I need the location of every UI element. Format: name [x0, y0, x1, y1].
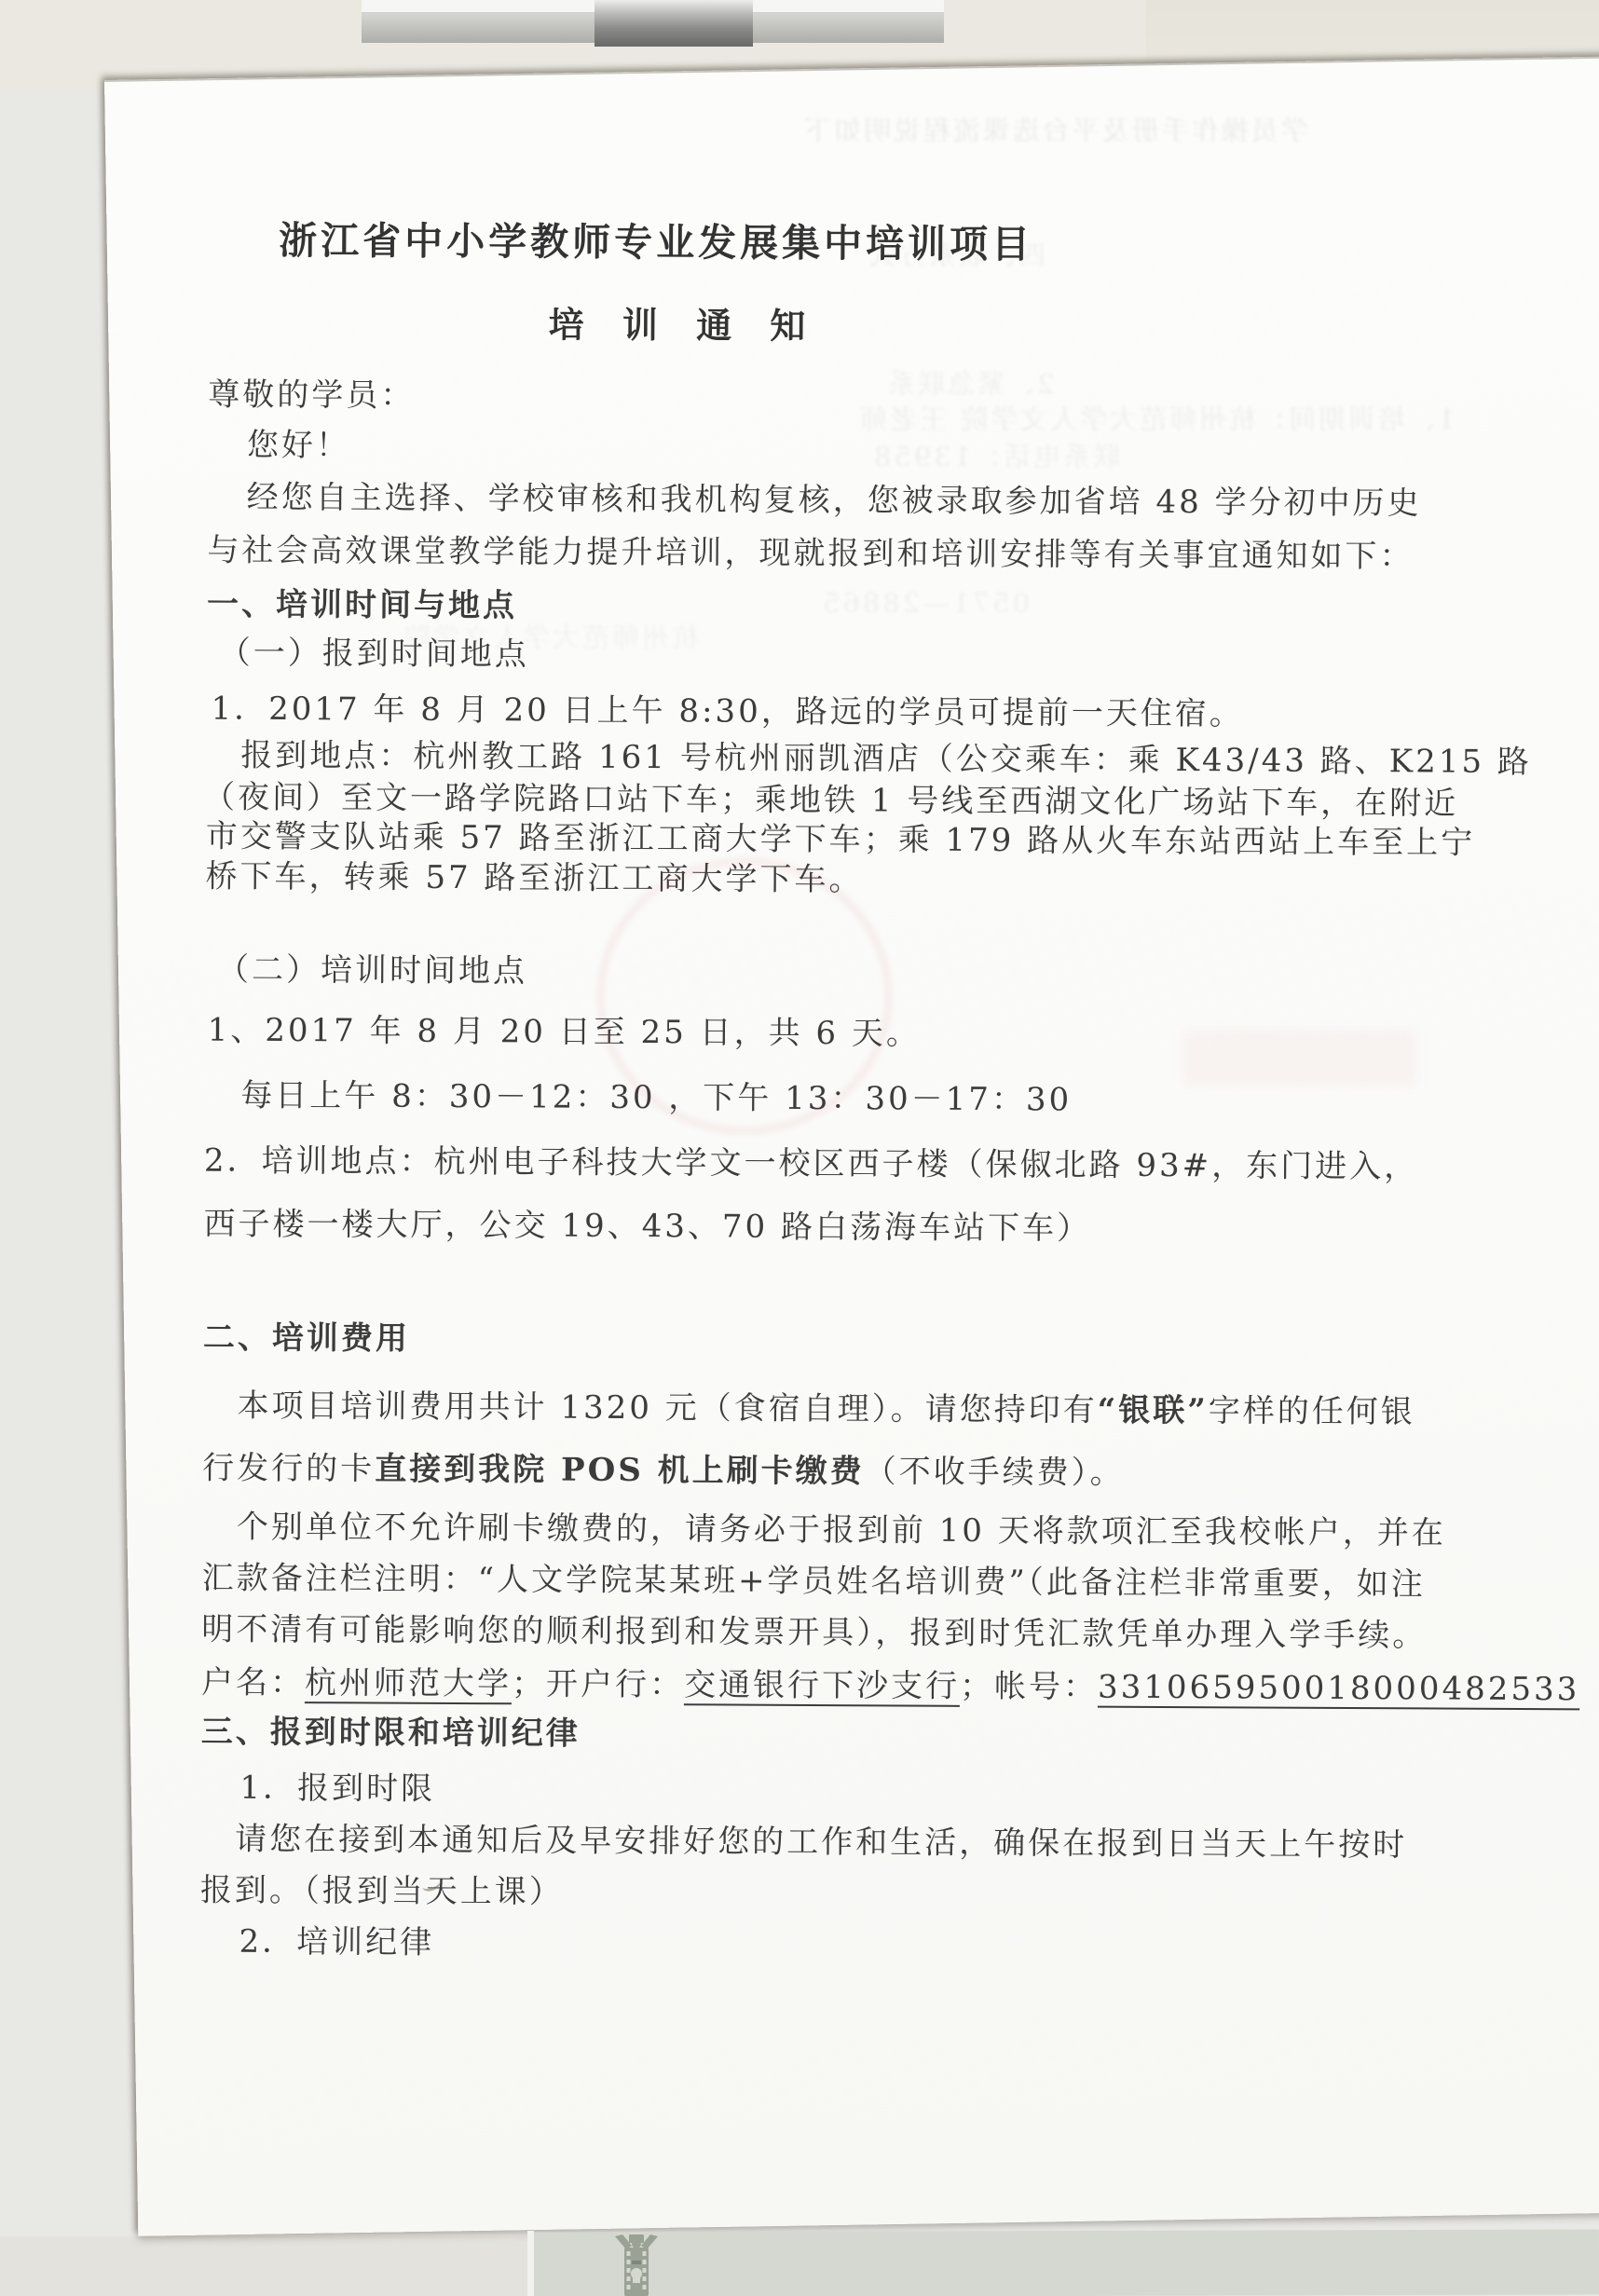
section3-item2-heading: 2．培训纪律 — [239, 1916, 434, 1962]
transfer-line-3: 明不清有可能影响您的顺利报到和发票开具），报到时凭汇款凭单办理入学手续。 — [201, 1604, 1427, 1656]
section3-item1-heading: 1．报到时限 — [239, 1762, 435, 1809]
fee-line-1a: 本项目培训费用共计 1320 元（食宿自理）。请您持印有 — [237, 1387, 1097, 1429]
transfer-line-1: 个别单位不允许刷卡缴费的，请务必于报到前 10 天将款项汇至我校帐户，并在 — [237, 1501, 1446, 1553]
bleedthrough-text: 四、联系方式 — [867, 235, 1045, 273]
fee-line-1b: “银联” — [1098, 1392, 1209, 1430]
section1-item3-line2: 西子楼一楼大厅，公交 19、43、70 路白荡海车站下车） — [204, 1198, 1092, 1249]
scan-bottom-gap — [527, 2231, 534, 2296]
bank-name: 交通银行下沙支行 — [684, 1666, 960, 1705]
salutation: 尊敬的学员： — [208, 369, 415, 416]
fee-line-1: 本项目培训费用共计 1320 元（食宿自理）。请您持印有“银联”字样的任何银 — [237, 1380, 1415, 1432]
scanner-clip-artifact — [594, 0, 753, 47]
bleedthrough-text: 联系电话：13958 — [871, 436, 1120, 474]
scan-bottom-strip — [0, 2236, 536, 2296]
account-name: 杭州师范大学 — [305, 1664, 512, 1702]
greeting: 您好！ — [247, 419, 350, 466]
fee-line-2: 行发行的卡直接到我院 POS 机上刷卡缴费（不收手续费）。 — [202, 1442, 1125, 1493]
section3-heading: 三、报到时限和培训纪律 — [201, 1706, 581, 1754]
scanned-document-page: { "document": { "title": "浙江省中小学教师专业发展集中… — [0, 0, 1599, 2296]
film-strip-icon — [604, 2234, 669, 2296]
fee-line-2c: （不收手续费）。 — [865, 1453, 1125, 1491]
account-number: 331065950018000482533 — [1098, 1669, 1579, 1709]
section3-item1-line2: 报到。（报到当天上课） — [200, 1865, 564, 1912]
account-sep2: ；帐号： — [960, 1668, 1098, 1706]
fee-line-2a: 行发行的卡 — [202, 1450, 375, 1488]
section1-sub2-heading: （二）培训时间地点 — [217, 944, 527, 991]
document-paper: 浙江省中小学教师专业发展集中培训项目 培 训 通 知 尊敬的学员： 您好！ 经您… — [104, 56, 1599, 2236]
red-smudge — [1183, 1030, 1416, 1086]
account-label: 户名： — [201, 1664, 305, 1702]
bleedthrough-text: 1、培训期间：杭州师范大学人文学院 王老师 — [857, 399, 1455, 437]
intro-line-1: 经您自主选择、学校审核和我机构复核，您被录取参加省培 48 学分初中历史 — [247, 471, 1422, 524]
section1-item1: 1．2017 年 8 月 20 日上午 8:30，路远的学员可提前一天住宿。 — [211, 683, 1243, 734]
fee-line-2b: 直接到我院 POS 机上刷卡缴费 — [375, 1451, 865, 1491]
account-sep1: ；开户行： — [512, 1665, 684, 1703]
bleedthrough-text: 杭州师范大学人文学院 — [401, 617, 699, 655]
scan-bottom-band — [534, 2230, 1599, 2296]
section1-item3-line1: 2．培训地点：杭州电子科技大学文一校区西子楼（保俶北路 93#，东门进入， — [204, 1135, 1418, 1187]
document-subtitle: 培 训 通 知 — [549, 295, 819, 348]
intro-line-2: 与社会高效课堂教学能力提升培训，现就报到和培训安排等有关事宜通知如下： — [207, 525, 1414, 577]
bleedthrough-text: 2、紧急联系 — [885, 363, 1054, 402]
fee-line-1c: 字样的任何银 — [1209, 1392, 1415, 1430]
red-seal-bleedthrough — [596, 857, 893, 1135]
section2-heading: 二、培训费用 — [203, 1312, 410, 1359]
bleedthrough-text: 学员操作手册及平台选课流程说明如下 — [801, 110, 1308, 148]
section3-item1-line1: 请您在接到本通知后及早安排好您的工作和生活，确保在报到日当天上午按时 — [235, 1813, 1407, 1865]
bleedthrough-text: 0571—28865 — [820, 587, 1030, 619]
transfer-line-2: 汇款备注栏注明：“人文学院某某班+学员姓名培训费”（此备注栏非常重要，如注 — [202, 1552, 1426, 1605]
account-line: 户名：杭州师范大学；开户行：交通银行下沙支行；帐号：33106595001800… — [201, 1657, 1580, 1710]
